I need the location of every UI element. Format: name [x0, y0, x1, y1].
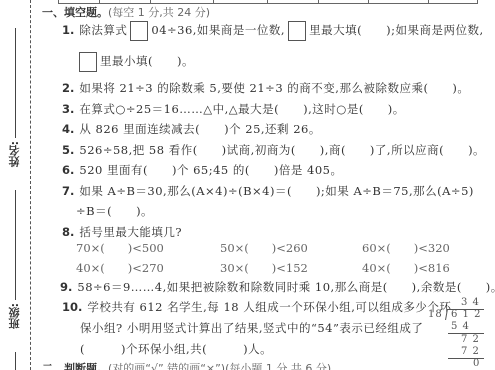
question-text: 04÷36,如果商是一位数,: [151, 23, 285, 37]
score-cell: [268, 0, 318, 3]
question-text: 从 826 里面连续减去( )个 25,还剩 26。: [79, 122, 320, 136]
inequality-item: 40×( )<816: [362, 260, 450, 276]
question-text: ( )个环保小组,共( )人。: [80, 342, 272, 356]
question-number: 2.: [62, 81, 74, 95]
section-2-heading: 二、判断题。: [42, 362, 108, 370]
question-number: 8.: [62, 225, 74, 239]
section-1-note: (每空 1 分,共 24 分): [108, 6, 210, 19]
question-text: 学校共有 612 名学生,每 18 人组成一个环保小组,可以组成多少个环: [87, 300, 451, 314]
name-underline: [15, 28, 16, 138]
score-cell: [59, 0, 100, 3]
question-4: 4.从 826 里面连续减去( )个 25,还剩 26。: [62, 121, 321, 137]
score-cell: [429, 0, 477, 3]
digit-box[interactable]: [288, 21, 306, 41]
name-label: 姓名:: [7, 141, 23, 167]
question-text: 保小组? 小明用竖式计算出了结果,竖式中的“54”表示已经组成了: [80, 321, 423, 335]
score-cell: [100, 0, 151, 3]
step-1-product: 5 4: [451, 321, 470, 332]
question-text: 在算式○÷25＝16……△中,△最大是( ),这时○是( )。: [79, 102, 404, 116]
step-2-remainder: 7 2: [461, 334, 480, 345]
bottom-underline: [15, 352, 16, 370]
question-9: 9.58÷6＝9……4,如果把被除数和除数同时乘 10,那么商是( ),余数是(…: [60, 279, 495, 295]
question-text: ÷B＝( )。: [76, 204, 153, 218]
quotient: 3 4: [461, 297, 480, 308]
question-number: 3.: [62, 102, 74, 116]
name-field[interactable]: 姓名:: [8, 28, 22, 170]
question-number: 10.: [62, 300, 82, 314]
question-number: 4.: [62, 122, 74, 136]
dividend: 6 1 2: [451, 309, 481, 320]
question-number: 6.: [62, 163, 74, 177]
section-2-note: (对的画“√”,错的画“×”)(每小题 1 分,共 6 分): [108, 362, 331, 370]
binding-dashed-line: [30, 0, 31, 370]
class-field[interactable]: 班级:: [8, 190, 22, 332]
question-text: 里最大填( );如果商是两位数,: [309, 23, 484, 37]
question-10-line-2: 保小组? 小明用竖式计算出了结果,竖式中的“54”表示已经组成了: [80, 320, 423, 336]
question-10-line-3: ( )个环保小组,共( )人。: [80, 341, 272, 357]
question-1-line-2: 里最小填( )。: [76, 52, 194, 72]
inequality-item: 40×( )<270: [76, 260, 164, 276]
question-2: 2.如果将 21÷3 的除数乘 5,要使 21÷3 的商不变,那么被除数应乘( …: [62, 80, 469, 96]
inequality-item: 60×( )<320: [362, 240, 450, 256]
question-text: 如果 A÷B＝30,那么(A×4)÷(B×4)＝( );如果 A÷B＝75,那么…: [79, 184, 474, 198]
digit-box[interactable]: [130, 21, 148, 41]
question-6: 6.520 里面有( )个 65;45 的( )倍是 405。: [62, 162, 342, 178]
question-3: 3.在算式○÷25＝16……△中,△最大是( ),这时○是( )。: [62, 101, 405, 117]
section-1-heading: 一、填空题。: [42, 6, 108, 19]
question-7: 7.如果 A÷B＝30,那么(A×4)÷(B×4)＝( );如果 A÷B＝75,…: [62, 183, 474, 199]
score-cell: [151, 0, 214, 3]
question-number: 7.: [62, 184, 74, 198]
question-1: 1.除法算式04÷36,如果商是一位数,里最大填( );如果商是两位数,: [62, 21, 484, 41]
question-text: 里最小填( )。: [100, 54, 194, 68]
long-division-figure: 3 4 18 6 1 2 5 4 7 2 7 2 0: [428, 297, 490, 370]
score-cell: [214, 0, 268, 3]
question-text: 除法算式: [79, 23, 127, 37]
question-7-line-2: ÷B＝( )。: [76, 203, 153, 219]
question-text: 526÷58,把 58 看作( )试商,初商为( ),商( )了,所以应商( )…: [79, 143, 485, 157]
score-cell: [319, 0, 369, 3]
question-number: 9.: [60, 280, 72, 294]
inequality-item: 30×( )<152: [220, 260, 308, 276]
inequality-item: 70×( )<500: [76, 240, 164, 256]
digit-box[interactable]: [79, 52, 97, 72]
question-text: 520 里面有( )个 65;45 的( )倍是 405。: [79, 163, 342, 177]
section-2-title: 二、判断题。(对的画“√”,错的画“×”)(每小题 1 分,共 6 分): [42, 360, 331, 370]
final-remainder: 0: [473, 358, 480, 369]
divisor: 18: [428, 309, 443, 320]
question-text: 58÷6＝9……4,如果把被除数和除数同时乘 10,那么商是( ),余数是( )…: [77, 280, 495, 294]
question-10: 10.学校共有 612 名学生,每 18 人组成一个环保小组,可以组成多少个环: [62, 299, 451, 315]
class-underline: [15, 190, 16, 300]
class-label: 班级:: [7, 303, 23, 329]
margin-bottom-rule: [8, 352, 22, 370]
question-number: 1.: [62, 23, 74, 37]
question-5: 5.526÷58,把 58 看作( )试商,初商为( ),商( )了,所以应商(…: [62, 142, 485, 158]
question-8: 8.括号里最大能填几?: [62, 224, 182, 240]
section-1-title: 一、填空题。(每空 1 分,共 24 分): [42, 4, 210, 20]
step-3-product: 7 2: [461, 346, 480, 357]
score-cell: [369, 0, 429, 3]
question-text: 括号里最大能填几?: [79, 225, 182, 239]
question-text: 如果将 21÷3 的除数乘 5,要使 21÷3 的商不变,那么被除数应乘( )。: [79, 81, 469, 95]
question-number: 5.: [62, 143, 74, 157]
inequality-item: 50×( )<260: [220, 240, 308, 256]
